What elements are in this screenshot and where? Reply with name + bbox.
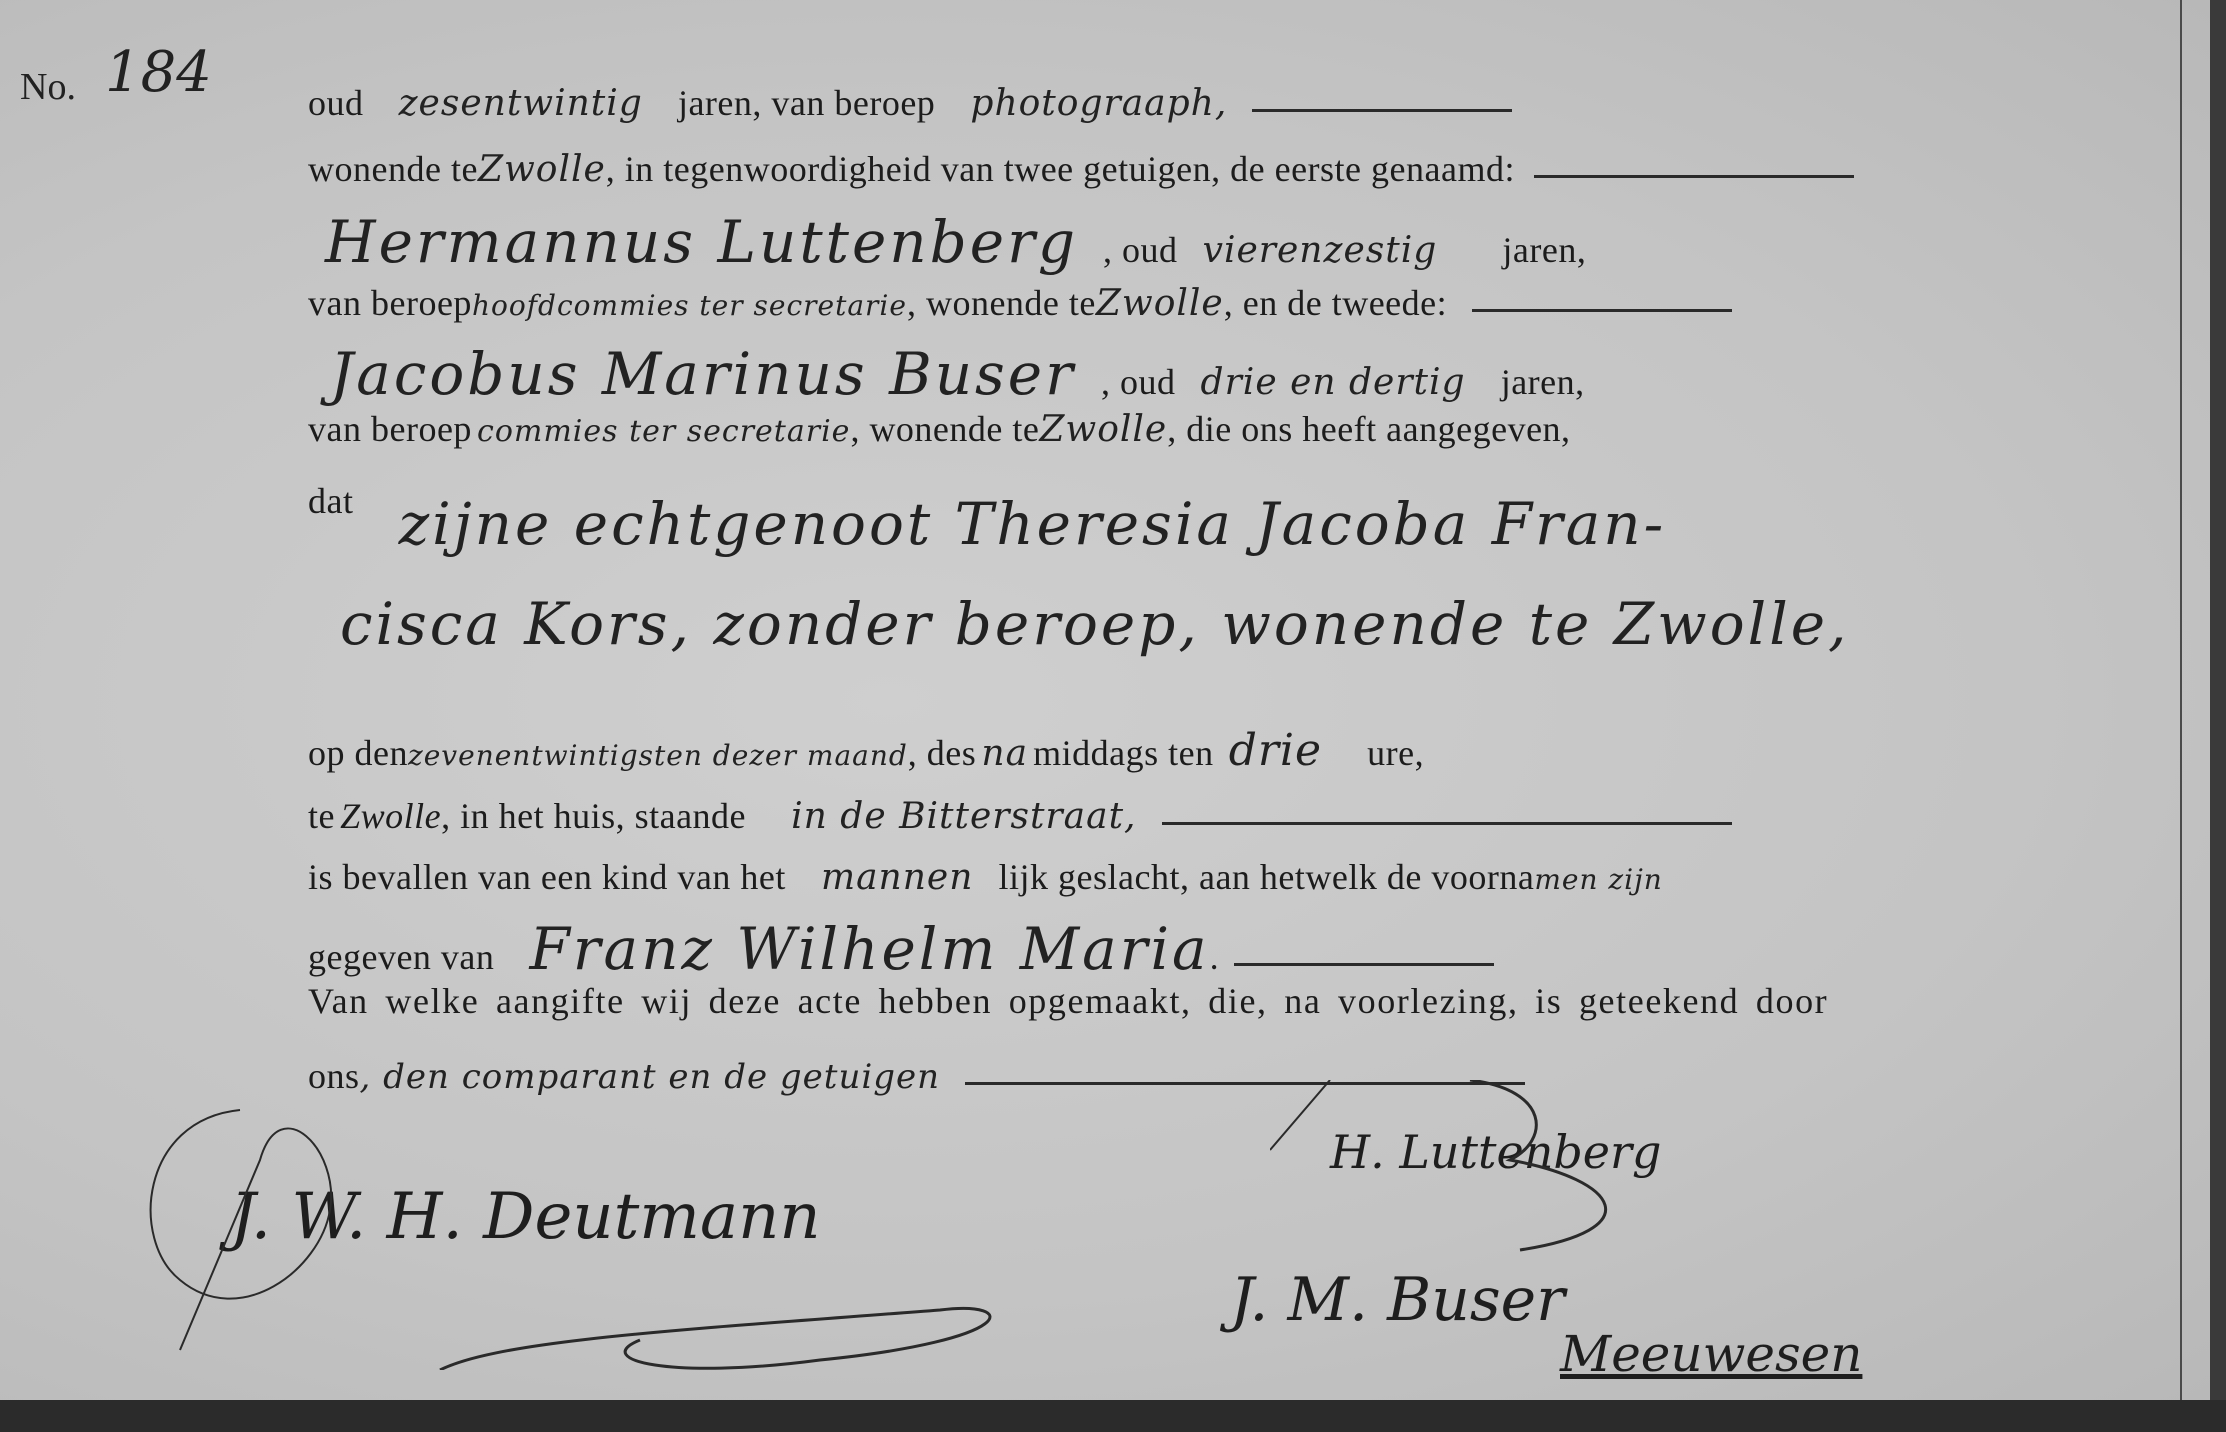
signature-official: Meeuwesen bbox=[1560, 1325, 1862, 1383]
printed-text: , wonende te bbox=[850, 409, 1039, 449]
handwritten-daypart: na bbox=[981, 733, 1028, 774]
signature-flourish bbox=[120, 1090, 1120, 1370]
printed-text: , die ons heeft aangegeven, bbox=[1167, 409, 1570, 449]
handwritten-occupation: hoofdcommies ter secretarie bbox=[472, 289, 907, 322]
printed-text: oud bbox=[308, 83, 364, 123]
page-edge-bottom bbox=[0, 1400, 2226, 1432]
line-second-witness-occupation: van beroep commies ter secretarie, wonen… bbox=[308, 408, 1571, 450]
printed-text: ure, bbox=[1367, 733, 1424, 773]
line-first-witness-occupation: van beroephoofdcommies ter secretarie, w… bbox=[308, 282, 1732, 324]
signature-flourish-2 bbox=[1270, 1080, 1770, 1280]
line-birth-place: te Zwolle, in het huis, staande in de Bi… bbox=[308, 795, 1732, 837]
printed-text: jaren, bbox=[1501, 362, 1585, 402]
handwritten-age: zesentwintig bbox=[399, 83, 643, 124]
printed-text: , in tegenwoordigheid van twee getuigen,… bbox=[606, 149, 1515, 189]
line-mother: dat zijne echtgenoot Theresia Jacoba Fra… bbox=[308, 480, 1666, 548]
handwritten-mother-details: cisca Kors, zonder beroep, wonende te Zw… bbox=[340, 590, 1850, 658]
handwritten-place: Zwolle bbox=[1096, 283, 1224, 324]
handwritten-place: Zwolle bbox=[1039, 409, 1167, 450]
handwritten-sex: mannen bbox=[821, 857, 973, 898]
handwritten-age: drie en dertig bbox=[1201, 362, 1466, 403]
printed-text: lijk geslacht, aan hetwelk de voorna bbox=[999, 857, 1535, 897]
handwritten-age: vierenzestig bbox=[1203, 230, 1438, 271]
handwritten-child-name: Franz Wilhelm Maria bbox=[530, 915, 1210, 983]
printed-text: , oud bbox=[1103, 230, 1178, 270]
handwritten-hour: drie bbox=[1229, 725, 1322, 776]
handwritten-date: zevenentwintigsten dezer maand bbox=[408, 739, 908, 772]
handwritten-occupation: commies ter secretarie bbox=[477, 414, 850, 449]
line-closing: Van welke aangifte wij deze acte hebben … bbox=[308, 980, 1828, 1022]
printed-text: wonende te bbox=[308, 149, 478, 189]
handwritten-witness-name: Jacobus Marinus Buser bbox=[330, 340, 1076, 408]
line-mother-continued: cisca Kors, zonder beroep, wonende te Zw… bbox=[340, 590, 1850, 658]
printed-text: op den bbox=[308, 733, 408, 773]
line-second-witness: Jacobus Marinus Buser , oud drie en dert… bbox=[330, 340, 1585, 408]
page-edge-right bbox=[2210, 0, 2226, 1432]
printed-place: Zwolle bbox=[340, 796, 441, 836]
printed-text: jaren, bbox=[1502, 230, 1586, 270]
fill-rule bbox=[1252, 109, 1512, 112]
printed-text: van beroep bbox=[308, 409, 472, 449]
handwritten-mother-name: zijne echtgenoot Theresia Jacoba Fran- bbox=[399, 490, 1667, 558]
handwritten-witness-name: Hermannus Luttenberg bbox=[325, 208, 1078, 276]
fill-rule bbox=[1534, 175, 1854, 178]
printed-text: middags ten bbox=[1033, 733, 1213, 773]
line-age-occupation: oud zesentwintig jaren, van beroep photo… bbox=[308, 82, 1512, 124]
printed-text: van beroep bbox=[308, 283, 472, 323]
printed-text: , wonende te bbox=[907, 283, 1096, 323]
printed-text: , in het huis, staande bbox=[441, 796, 746, 836]
printed-text: . bbox=[1210, 937, 1220, 977]
line-birth-date-time: op denzevenentwintigsten dezer maand, de… bbox=[308, 725, 1424, 776]
printed-text: gegeven van bbox=[308, 937, 494, 977]
printed-text: dat bbox=[308, 481, 353, 521]
handwritten-occupation: photograaph, bbox=[970, 83, 1227, 124]
line-child-name: gegeven van Franz Wilhelm Maria. bbox=[308, 915, 1494, 983]
printed-text: , oud bbox=[1101, 362, 1176, 402]
handwritten-text: men zijn bbox=[1534, 863, 1662, 896]
handwritten-place: Zwolle bbox=[478, 149, 606, 190]
printed-text: te bbox=[308, 796, 335, 836]
line-child-sex: is bevallen van een kind van het mannen … bbox=[308, 856, 1663, 898]
printed-text: , des bbox=[908, 733, 977, 773]
line-first-witness: Hermannus Luttenberg , oud vierenzestig … bbox=[325, 208, 1586, 276]
fill-rule bbox=[1162, 822, 1732, 825]
printed-text: Van welke aangifte wij deze acte hebben … bbox=[308, 981, 1828, 1021]
record-number: 184 bbox=[105, 40, 212, 105]
record-number-label: No. bbox=[20, 65, 76, 109]
handwritten-address: in de Bitterstraat, bbox=[791, 796, 1136, 837]
printed-text: , en de tweede: bbox=[1224, 283, 1447, 323]
printed-text: is bevallen van een kind van het bbox=[308, 857, 786, 897]
printed-text: jaren, van beroep bbox=[678, 83, 935, 123]
margin-rule bbox=[2180, 0, 2182, 1400]
line-residence-witnesses: wonende teZwolle, in tegenwoordigheid va… bbox=[308, 148, 1854, 190]
fill-rule bbox=[1472, 309, 1732, 312]
fill-rule bbox=[1234, 963, 1494, 966]
